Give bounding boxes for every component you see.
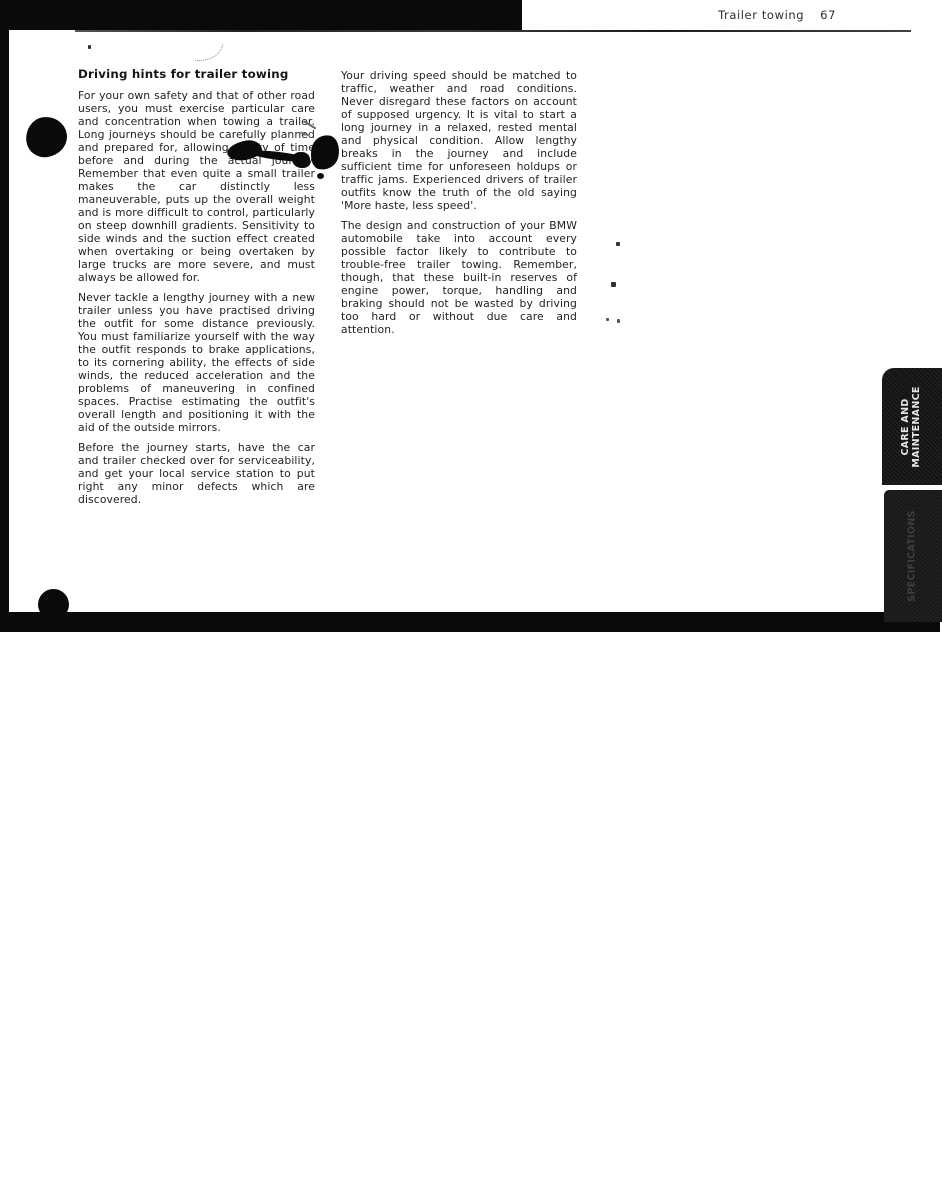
ink-blot-margin	[23, 114, 69, 159]
paragraph: The design and construction of your BMW …	[341, 219, 577, 336]
ink-dot	[317, 173, 324, 179]
scan-edge-bottom	[0, 612, 940, 632]
scan-speck	[606, 318, 609, 321]
article-title: Driving hints for trailer towing	[78, 68, 315, 81]
page-number: 67	[820, 8, 836, 22]
scan-speck	[616, 242, 620, 246]
paragraph: Before the journey starts, have the car …	[78, 441, 315, 506]
manual-page: Trailer towing67 Driving hints for trail…	[0, 0, 942, 1200]
punch-hole	[38, 589, 69, 620]
side-tab-label: CARE AND MAINTENANCE	[901, 375, 923, 479]
pen-mark-curve	[194, 39, 223, 65]
header-rule	[75, 30, 911, 32]
ink-blot-small	[292, 152, 310, 168]
scan-speck	[611, 282, 616, 287]
side-tab-care-and-maintenance: CARE AND MAINTENANCE	[882, 368, 942, 485]
column-left: Driving hints for trailer towing For you…	[78, 68, 315, 513]
scan-edge-left	[0, 0, 9, 622]
side-tab-label: SPECIFICATIONS	[908, 494, 919, 618]
column-right: Your driving speed should be matched to …	[341, 69, 577, 343]
scan-edge-top-torn	[0, 0, 522, 30]
scan-speck	[617, 319, 620, 323]
section-title: Trailer towing	[718, 8, 804, 22]
paragraph: Your driving speed should be matched to …	[341, 69, 577, 212]
scan-speck	[88, 45, 91, 49]
page-header: Trailer towing67	[718, 8, 836, 22]
paragraph: Never tackle a lengthy journey with a ne…	[78, 291, 315, 434]
side-tab-specifications: SPECIFICATIONS	[884, 490, 942, 622]
paragraph: For your own safety and that of other ro…	[78, 89, 315, 284]
